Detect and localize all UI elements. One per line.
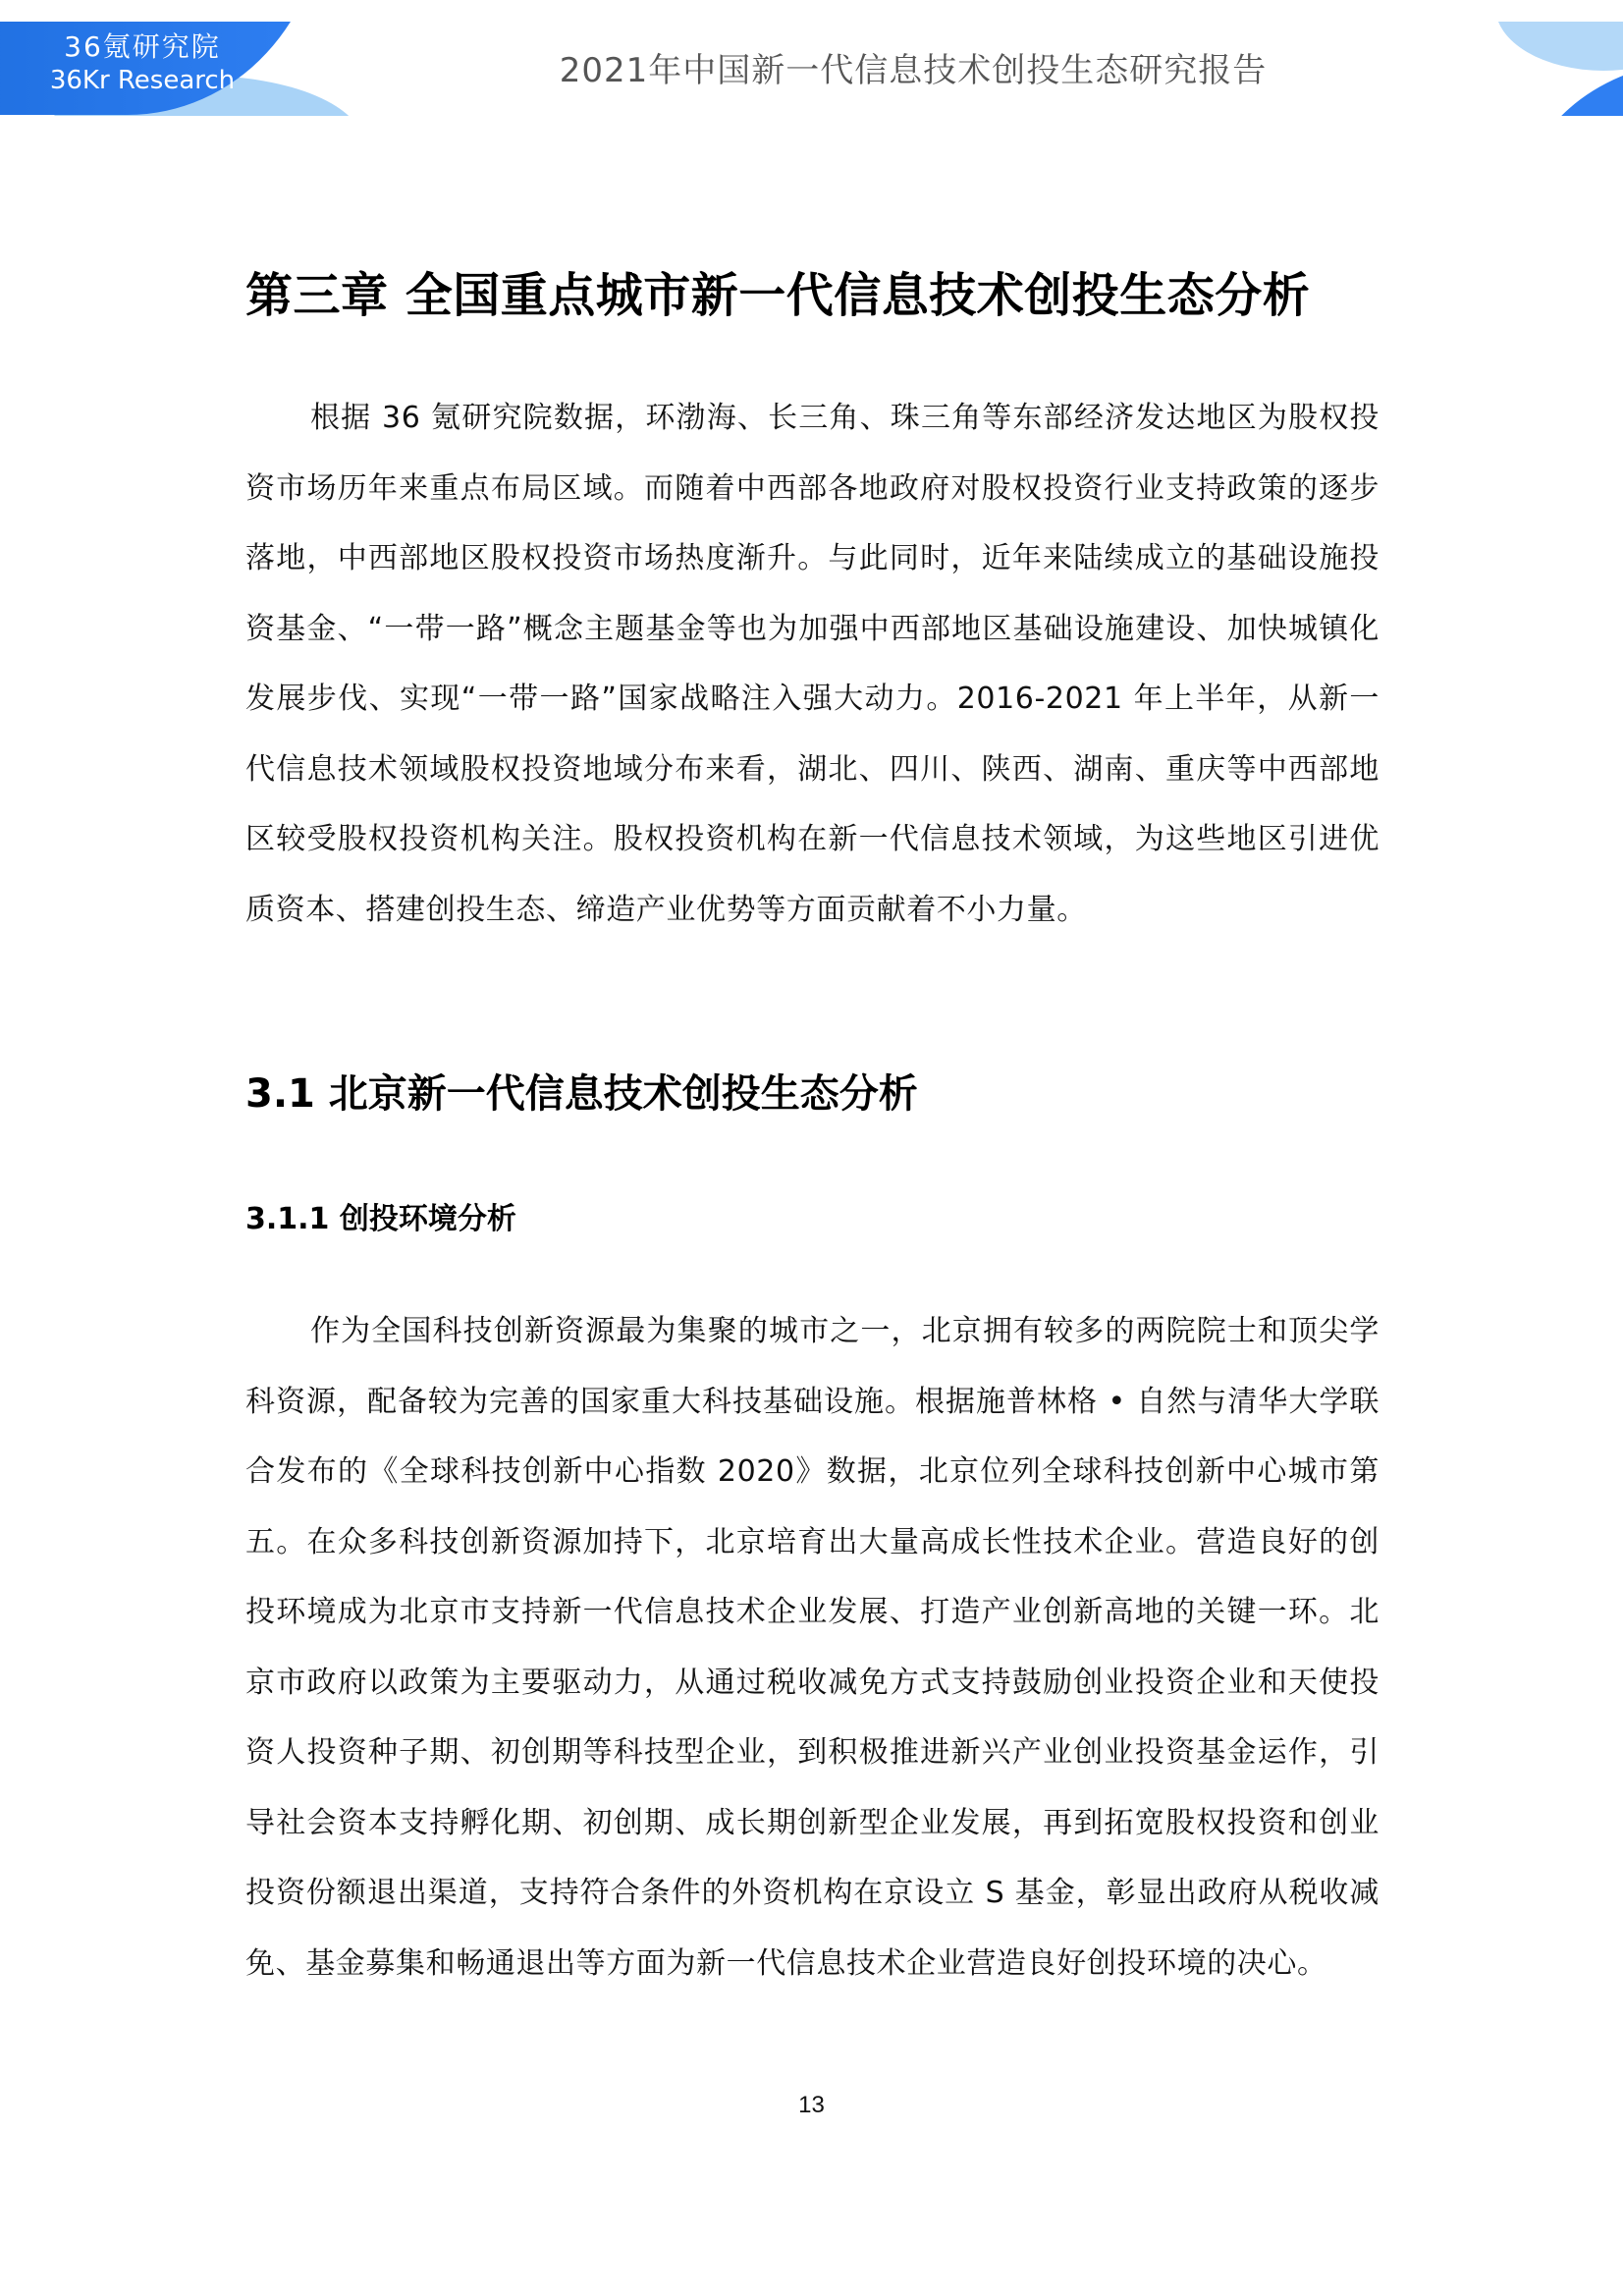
corner-decoration [1476, 22, 1623, 116]
section-title: 3.1 北京新一代信息技术创投生态分析 [245, 1063, 918, 1119]
page-header: 36氪研究院 36Kr Research 2021年中国新一代信息技术创投生态研… [0, 0, 1623, 118]
logo-name-cn: 36氪研究院 [0, 29, 285, 65]
subsection-paragraph: 作为全国科技创新资源最为集聚的城市之一，北京拥有较多的两院院士和顶尖学科资源，配… [245, 1296, 1380, 1998]
chapter-title: 第三章 全国重点城市新一代信息技术创投生态分析 [245, 257, 1310, 325]
logo-name-en: 36Kr Research [0, 65, 285, 96]
intro-paragraph: 根据 36 氪研究院数据，环渤海、长三角、珠三角等东部经济发达地区为股权投资市场… [245, 383, 1380, 945]
page-number: 13 [0, 2092, 1623, 2119]
corner-light-arc [1495, 22, 1623, 71]
subsection-title: 3.1.1 创投环境分析 [245, 1194, 516, 1237]
report-title: 2021年中国新一代信息技术创投生态研究报告 [471, 43, 1355, 91]
brand-logo: 36氪研究院 36Kr Research [0, 22, 285, 116]
